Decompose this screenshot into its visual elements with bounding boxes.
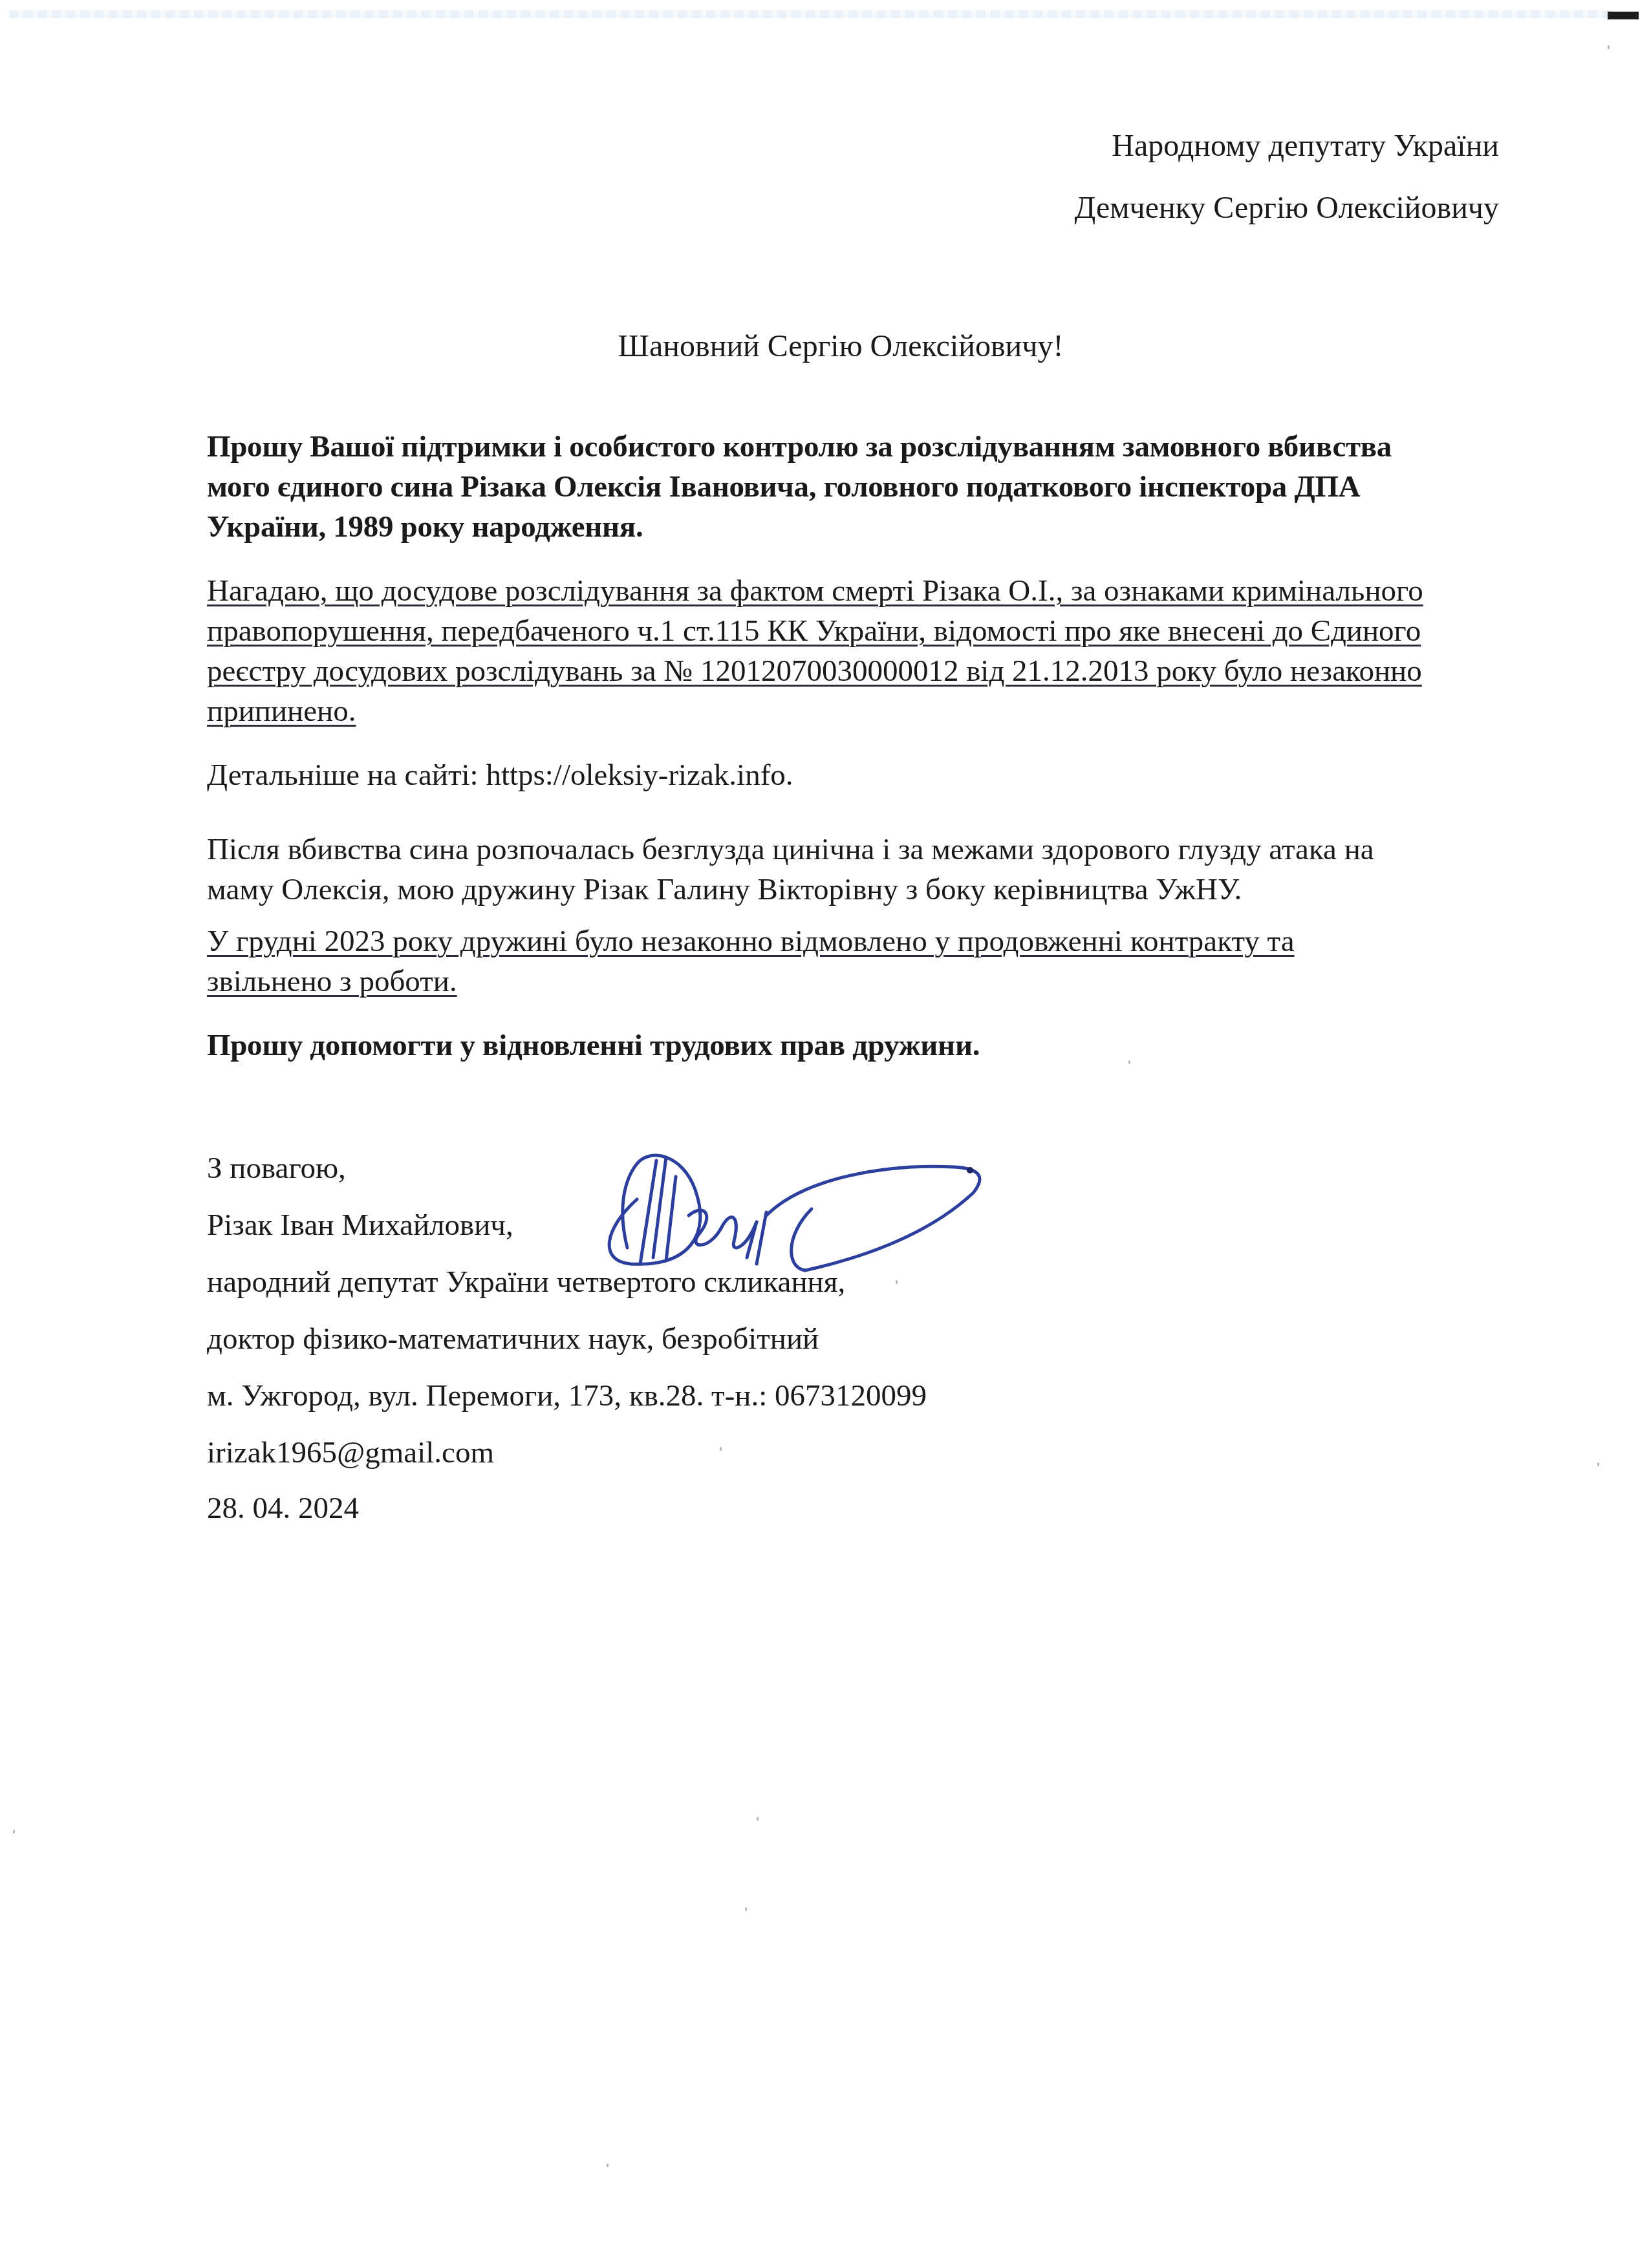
dismissal-line: У грудні 2023 року дружині було незаконн… xyxy=(207,925,1295,958)
regards: З повагою, xyxy=(207,1151,346,1186)
investigation-line: правопорушення, передбаченого ч.1 ст.115… xyxy=(207,614,1421,648)
scan-top-edge xyxy=(9,10,1613,18)
request-paragraph: Прошу Вашої підтримки і особистого контр… xyxy=(207,427,1500,547)
scan-speck xyxy=(1597,1462,1599,1466)
signer-name: Різак Іван Михайлович, xyxy=(207,1208,513,1243)
dismissal-paragraph: У грудні 2023 року дружині було незаконн… xyxy=(207,921,1500,1001)
attack-line: Після вбивства сина розпочалась безглузд… xyxy=(207,829,1500,870)
attack-line: маму Олексія, мою дружину Різак Галину В… xyxy=(207,870,1500,910)
closing-request: Прошу допомогти у відновленні трудових п… xyxy=(207,1025,1500,1065)
scan-speck xyxy=(607,2163,609,2167)
addressee-name: Демченку Сергію Олексійовичу xyxy=(1075,177,1499,239)
request-line: мого єдиного сина Різака Олексія Іванови… xyxy=(207,467,1500,507)
greeting: Шановний Сергію Олексійовичу! xyxy=(0,328,1649,364)
request-line: Прошу Вашої підтримки і особистого контр… xyxy=(207,427,1500,467)
signer-address: м. Ужгород, вул. Перемоги, 173, кв.28. т… xyxy=(207,1378,927,1413)
investigation-line: припинено. xyxy=(207,694,356,728)
scan-speck xyxy=(896,1280,898,1284)
investigation-line: реєстру досудових розслідувань за № 1201… xyxy=(207,654,1422,688)
scan-speck xyxy=(1608,45,1610,49)
investigation-line: Нагадаю, що досудове розслідування за фа… xyxy=(207,574,1423,608)
scan-speck xyxy=(745,1907,747,1911)
attack-paragraph: Після вбивства сина розпочалась безглузд… xyxy=(207,829,1500,910)
signer-degree: доктор фізико-математичних наук, безробі… xyxy=(207,1321,819,1356)
scan-speck xyxy=(757,1817,759,1821)
addressee-block: Народному депутату України Демченку Серг… xyxy=(1075,115,1499,239)
scan-corner-mark xyxy=(1608,12,1639,19)
request-line: України, 1989 року народження. xyxy=(207,507,1500,547)
addressee-position: Народному депутату України xyxy=(1075,115,1499,177)
scan-speck xyxy=(720,1447,722,1451)
handwritten-signature-icon xyxy=(592,1138,1057,1274)
letter-date: 28. 04. 2024 xyxy=(207,1491,359,1526)
dismissal-line: звільнено з роботи. xyxy=(207,965,457,998)
investigation-paragraph: Нагадаю, що досудове розслідування за фа… xyxy=(207,571,1500,731)
signer-email: irizak1965@gmail.com xyxy=(207,1435,494,1470)
website-line: Детальніше на сайті: https://oleksiy-riz… xyxy=(207,755,1500,795)
scan-speck xyxy=(13,1830,15,1834)
